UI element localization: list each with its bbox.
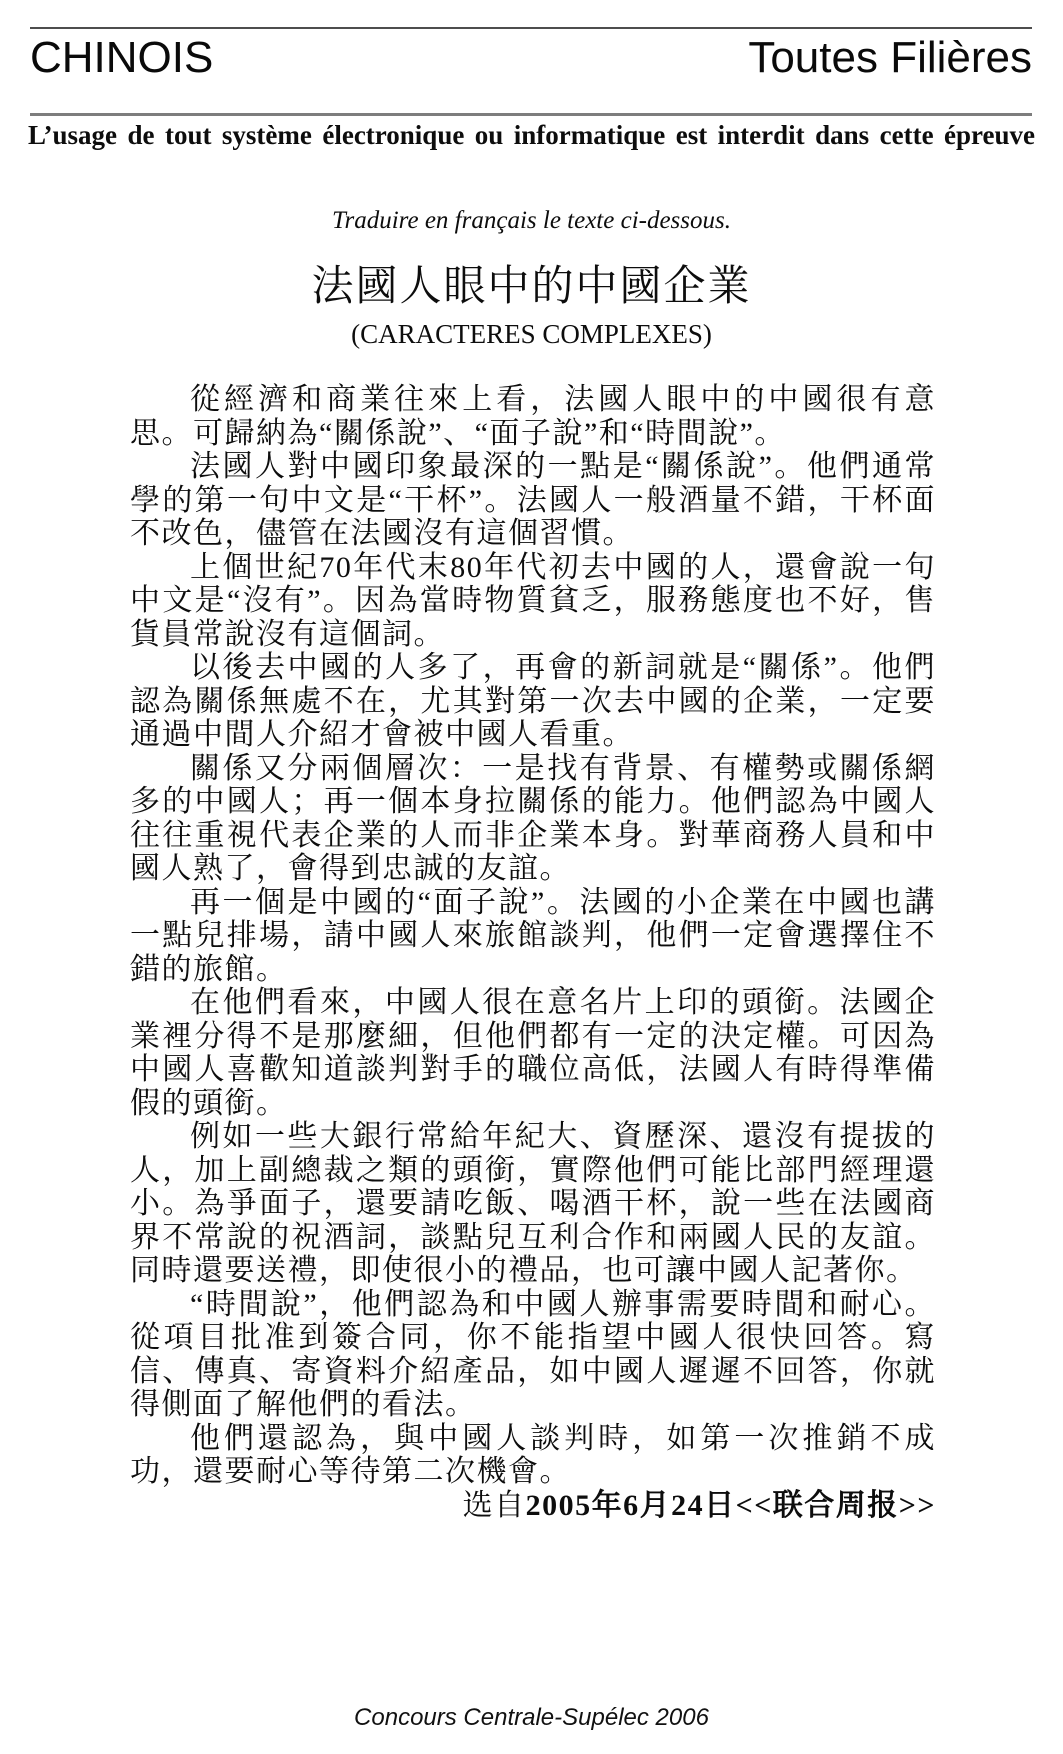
footer-credit: Concours Centrale-Supélec 2006 xyxy=(0,1704,1063,1732)
attribution-source: <<联合周报>> xyxy=(736,1489,936,1522)
subject-title: CHINOIS xyxy=(30,34,213,82)
chinese-title: 法國人眼中的中國企業 xyxy=(0,262,1063,312)
body-paragraph: 在他們看來，中國人很在意名片上印的頭銜。法國企業裡分得不是那麼細，但他們都有一定… xyxy=(130,986,936,1120)
body-paragraph: 例如一些大銀行常給年紀大、資歷深、還沒有提拔的人，加上副總裁之類的頭銜，實際他們… xyxy=(130,1120,936,1288)
body-paragraph: 關係又分兩個層次：一是找有背景、有權勢或關係網多的中國人；再一個本身拉關係的能力… xyxy=(130,752,936,886)
notice-text: L’usage de tout système électronique ou … xyxy=(28,119,1035,151)
exam-text: 從經濟和商業往來上看，法國人眼中的中國很有意思。可歸納為“關係說”、“面子說”和… xyxy=(130,383,936,1522)
body-paragraph: 他們還認為，與中國人談判時，如第一次推銷不成功，還要耐心等待第二次機會。 xyxy=(130,1422,936,1489)
translation-instruction: Traduire en français le texte ci-dessous… xyxy=(0,206,1063,236)
attribution-date: 2005年6月24日 xyxy=(526,1489,736,1522)
attribution-prefix: 选自 xyxy=(463,1489,526,1522)
body-paragraph: 以後去中國的人多了，再會的新詞就是“關係”。他們認為關係無處不在，尤其對第一次去… xyxy=(130,651,936,752)
body-paragraph: 法國人對中國印象最深的一點是“關係說”。他們通常學的第一句中文是“干杯”。法國人… xyxy=(130,450,936,551)
track-title: Toutes Filières xyxy=(748,34,1032,82)
exam-page: CHINOIS Toutes Filières L’usage de tout … xyxy=(0,0,1063,1754)
attribution-line: 选自2005年6月24日<<联合周报>> xyxy=(130,1489,936,1523)
notice-banner: L’usage de tout système électronique ou … xyxy=(28,119,1035,151)
charset-subtitle: (CARACTERES COMPLEXES) xyxy=(0,318,1063,350)
header-rule-bottom xyxy=(30,113,1032,116)
body-paragraph: “時間說”，他們認為和中國人辦事需要時間和耐心。從項目批准到簽合同，你不能指望中… xyxy=(130,1288,936,1422)
body-paragraph: 從經濟和商業往來上看，法國人眼中的中國很有意思。可歸納為“關係說”、“面子說”和… xyxy=(130,383,936,450)
header-rule-top xyxy=(30,27,1032,29)
body-paragraph: 再一個是中國的“面子說”。法國的小企業在中國也講一點兒排場，請中國人來旅館談判，… xyxy=(130,886,936,987)
body-paragraph: 上個世紀70年代末80年代初去中國的人，還會說一句中文是“沒有”。因為當時物質貧… xyxy=(130,551,936,652)
